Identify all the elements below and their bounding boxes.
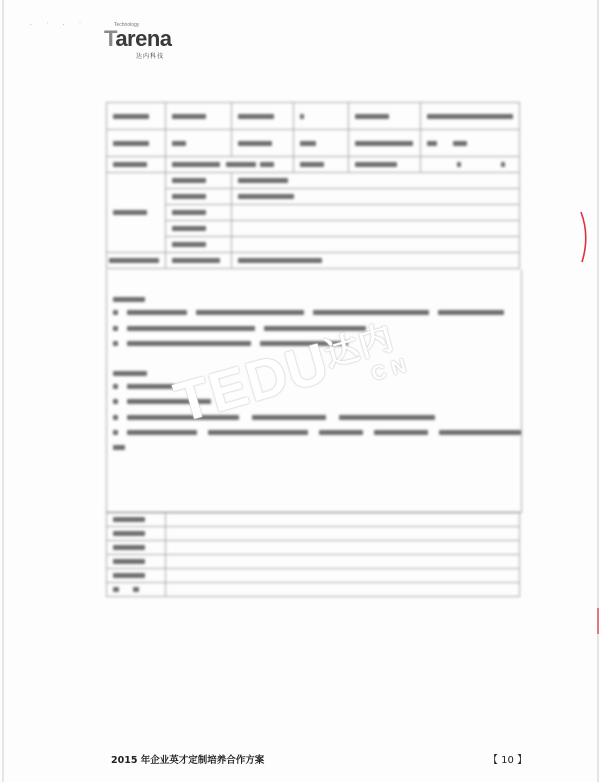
- table-cell: [107, 173, 166, 253]
- table-cell: [166, 253, 232, 269]
- table-cell: [166, 205, 232, 221]
- table-cell: [232, 103, 294, 130]
- table-row: [107, 189, 520, 205]
- table-cell: [421, 157, 520, 173]
- table-cell: [166, 237, 232, 253]
- table-cell: [166, 130, 232, 157]
- table-cell: [166, 221, 232, 237]
- table-cell: [232, 253, 520, 269]
- table-cell: [107, 513, 166, 527]
- table-cell: [166, 527, 520, 541]
- table-cell: [107, 583, 166, 597]
- table-row: [107, 157, 520, 173]
- table-cell: [166, 173, 232, 189]
- table-cell: [166, 569, 520, 583]
- red-bracket-mark: [578, 208, 592, 268]
- table-cell: [232, 237, 520, 253]
- table-cell: [294, 130, 348, 157]
- footer-title: 2015 年企业英才定制培养合作方案: [111, 752, 264, 766]
- table-cell: [232, 205, 520, 221]
- table-row: [107, 205, 520, 221]
- table-cell: [166, 513, 520, 527]
- table-cell: [232, 189, 520, 205]
- table-cell: [166, 583, 520, 597]
- table-cell: [107, 253, 166, 269]
- table-cell: [232, 221, 520, 237]
- table-cell: [421, 103, 520, 130]
- job-info-table: [106, 102, 520, 269]
- table-row: [107, 513, 520, 527]
- table-cell: [348, 103, 420, 130]
- logo-tagline: Technology: [114, 22, 139, 28]
- table-cell: [107, 103, 166, 130]
- table-row: [107, 253, 520, 269]
- table-cell: [166, 189, 232, 205]
- table-cell: [348, 130, 420, 157]
- table-cell: [107, 157, 166, 173]
- list-item: [113, 409, 435, 425]
- table-cell: [166, 541, 520, 555]
- page-right-edge: [597, 0, 599, 782]
- table-row: [107, 221, 520, 237]
- table-row: [107, 569, 520, 583]
- table-cell: [107, 527, 166, 541]
- table-cell: [294, 103, 348, 130]
- table-row: [107, 527, 520, 541]
- table-cell: [107, 130, 166, 157]
- signoff-table: [106, 512, 520, 597]
- red-edge-mark: [596, 606, 600, 636]
- table-cell: [232, 173, 520, 189]
- list-item: [113, 304, 504, 320]
- list-item: [113, 378, 175, 394]
- table-row: [107, 583, 520, 597]
- table-row: [107, 237, 520, 253]
- logo-subtitle: 达内科技: [136, 51, 172, 60]
- page-number: 【 10 】: [488, 751, 527, 766]
- table-cell: [232, 130, 294, 157]
- table-cell: [166, 157, 294, 173]
- table-cell: [421, 130, 520, 157]
- table-row: [107, 103, 520, 130]
- list-item: [113, 424, 521, 440]
- table-row: [107, 555, 520, 569]
- table-cell: [107, 569, 166, 583]
- table-cell: [107, 555, 166, 569]
- table-cell: [166, 555, 520, 569]
- table-cell: [294, 157, 348, 173]
- table-row: [107, 541, 520, 555]
- table-row: [107, 173, 520, 189]
- table-cell: [107, 541, 166, 555]
- tarena-logo: Technology Tarena 达内科技: [104, 28, 172, 60]
- table-cell: [166, 103, 232, 130]
- logo-wordmark: Tarena: [104, 28, 172, 50]
- page-left-edge: [2, 0, 4, 782]
- scan-noise: · ˙ · ˙: [30, 22, 88, 29]
- table-cell: [348, 157, 420, 173]
- list-item: [113, 439, 125, 455]
- table-row: [107, 130, 520, 157]
